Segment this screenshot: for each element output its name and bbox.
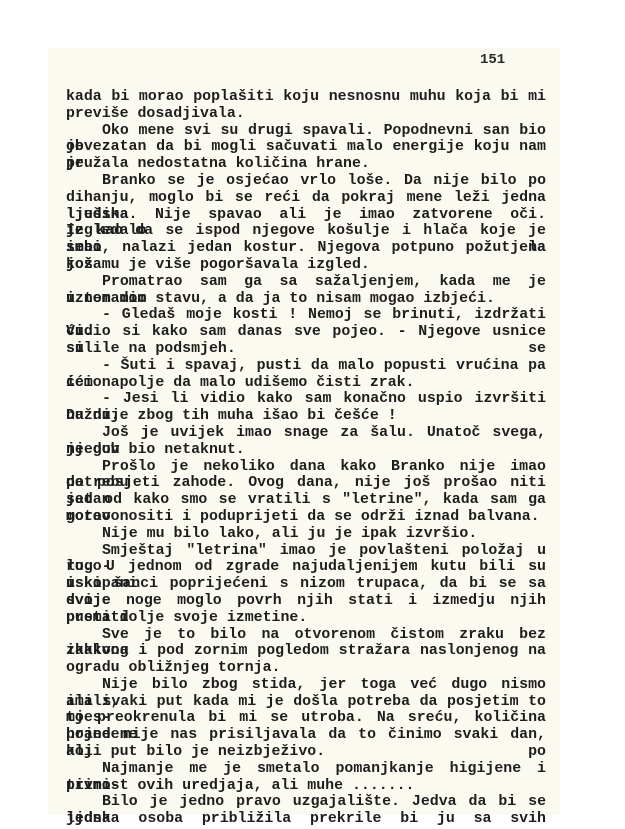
text-line: da posjeti zahode. Ovog dana, nije još p… [66, 475, 546, 492]
text-line: Promatrao sam ga sa sažaljenjem, kada me… [66, 274, 546, 291]
text-line: Sve je to bilo na otvorenom čistom zraku… [66, 627, 546, 644]
text-line: ogradu obližnjeg tornja. [66, 660, 546, 677]
text-line: to preokrenula bi mi se utroba. Na sreću… [66, 710, 546, 727]
text-line: Smještaj "letrina" imao je povlašteni po… [66, 543, 546, 560]
text-line: - Gledaš moje kosti ! Nemoj se brinuti, … [66, 307, 546, 324]
text-line: Nije mu bilo lako, ali ju je ipak izvrši… [66, 526, 546, 543]
text-line: tivnost ovih uredjaja, ali muhe ....... [66, 778, 546, 795]
text-line: ali svaki put kada mi je došla potreba d… [66, 694, 546, 711]
text-line: pružala nedostatna količina hrane. [66, 156, 546, 173]
text-line: - Jesi li vidio kako sam konačno uspio i… [66, 391, 546, 408]
text-line: dvije noge moglo povrh njih stati i izme… [66, 593, 546, 610]
text-line: Branko se je osjećao vrlo loše. Da nije … [66, 173, 546, 190]
text-line: Da nije zbog tih muha išao bi češće ! [66, 408, 546, 425]
text-line: sebi, nalazi jedan kostur. Njegova potpu… [66, 240, 546, 257]
text-line: sat od kako smo se vratili s "letrine", … [66, 492, 546, 509]
text-line: Oko mene svi su drugi spavali. Popodnevn… [66, 123, 546, 140]
text-line: Vidio si kako sam danas sve pojeo. - Nje… [66, 324, 546, 341]
text-line: Nije bilo zbog stida, jer toga već dugo … [66, 677, 546, 694]
text-line: je duh bio netaknut. [66, 442, 546, 459]
text-line: lješina. Nije spavao ali je imao zatvore… [66, 207, 546, 224]
text-line: Prošlo je nekoliko dana kako Branko nije… [66, 459, 546, 476]
text-line: previše dosadjivala. [66, 106, 546, 123]
body-text: kada bi morao poplašiti koju nesnosnu mu… [66, 89, 546, 828]
text-line: u tom mom stavu, a da ja to nisam mogao … [66, 291, 546, 308]
text-line: Bilo je jedno pravo uzgajalište. Jedva d… [66, 794, 546, 811]
text-line: - Šuti i spavaj, pusti da malo popusti v… [66, 358, 546, 375]
text-line: je kao da se ispod njegove košulje i hla… [66, 223, 546, 240]
text-line: Najmanje me je smetalo pomanjkanje higij… [66, 761, 546, 778]
text-line: ru. U jednom od zgrade najudaljenijem ku… [66, 559, 546, 576]
text-line: morao nositi i poduprijeti da se održi i… [66, 509, 546, 526]
text-line: uski šanci poprijećeni s nizom trupaca, … [66, 576, 546, 593]
text-line: dihanju, moglo bi se reći da pokraj mene… [66, 190, 546, 207]
text-line: Još je uvijek imao snage za šalu. Unatoč… [66, 425, 546, 442]
text-line: ići napolje da malo udišemo čisti zrak. [66, 375, 546, 392]
text-line: obvezatan da bi mogli sačuvati malo ener… [66, 139, 546, 156]
page-number: 151 [480, 52, 530, 68]
text-line: još mu je više pogoršavala izgled. [66, 257, 546, 274]
text-line: hrane nije nas prisiljavala da to činimo… [66, 727, 546, 744]
text-line: kada bi morao poplašiti koju nesnosnu mu… [66, 89, 546, 106]
text-line: ljdska osoba približila prekrile bi ju s… [66, 811, 546, 828]
text-line: prema dolje svoje izmetine. [66, 610, 546, 627]
text-line: zaklona i pod zornim pogledom stražara n… [66, 643, 546, 660]
